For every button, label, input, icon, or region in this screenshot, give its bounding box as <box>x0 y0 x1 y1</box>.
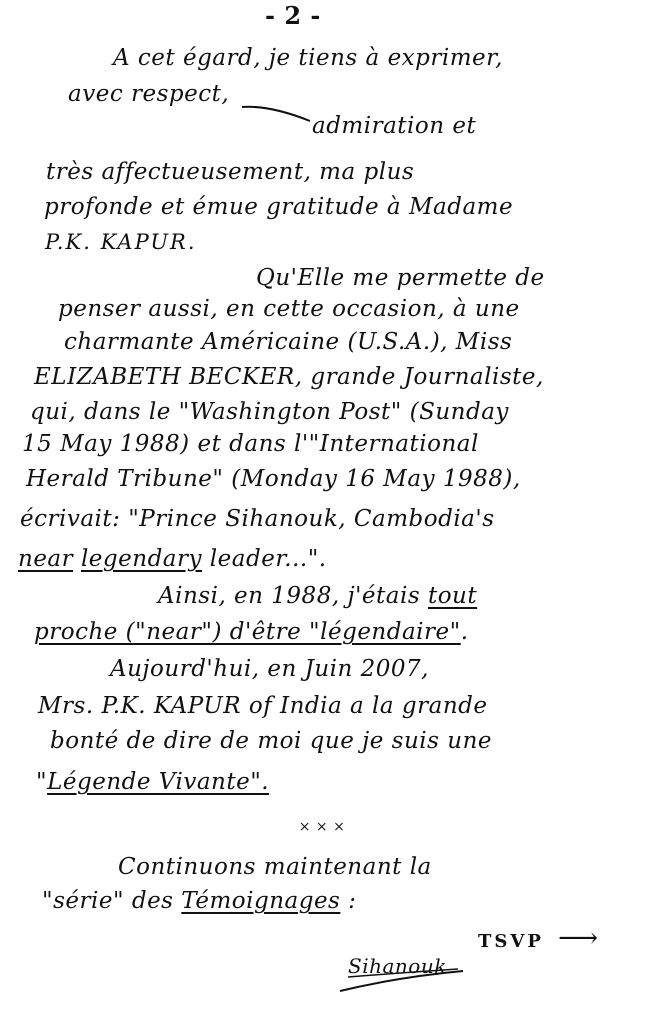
letter-line-13: Herald Tribune" (Monday 16 May 1988), <box>26 465 521 493</box>
letter-line-22: Continuons maintenant la <box>118 853 432 881</box>
underlined-word-near: near <box>18 546 73 572</box>
letter-line-23: "série" des Témoignages : <box>42 887 356 915</box>
letter-line-21: "Légende Vivante". <box>36 768 269 796</box>
underlined-word-temoignages: Témoignages <box>181 888 340 914</box>
letter-line-4: très affectueusement, ma plus <box>46 158 414 186</box>
letter-line-18: Aujourd'hui, en Juin 2007, <box>110 655 429 683</box>
letter-line-7: Qu'Elle me permette de <box>256 264 545 292</box>
underlined-word-legendary: legendary <box>81 546 202 572</box>
letter-line-14: écrivait: "Prince Sihanouk, Cambodia's <box>20 505 495 533</box>
letter-line-5: profonde et émue gratitude à Madame <box>44 193 513 221</box>
letter-line-12: 15 May 1988) et dans l'"International <box>22 430 479 458</box>
letter-line-19: Mrs. P.K. KAPUR of India a la grande <box>38 692 488 720</box>
signature-flourish <box>338 965 468 995</box>
underlined-phrase-legende-vivante: Légende Vivante". <box>47 769 269 795</box>
letter-line-11: qui, dans le "Washington Post" (Sunday <box>30 398 509 426</box>
letter-line-8: penser aussi, en cette occasion, à une <box>58 295 520 323</box>
letter-line-15: near legendary leader...". <box>18 545 327 573</box>
letter-line-3: admiration et <box>312 112 476 140</box>
arrow-right-icon: ⟶ <box>558 924 599 952</box>
letter-line-9: charmante Américaine (U.S.A.), Miss <box>64 328 512 356</box>
letter-line-1: A cet égard, je tiens à exprimer, <box>113 44 503 72</box>
asterism-ornament: × × × <box>297 820 347 834</box>
letter-line-6: P.K. KAPUR. <box>45 228 197 256</box>
connector-stroke <box>240 103 320 125</box>
letter-line-20: bonté de dire de moi que je suis une <box>50 727 492 755</box>
letter-line-10: ELIZABETH BECKER, grande Journaliste, <box>34 363 544 391</box>
page-number: - 2 - <box>265 2 321 30</box>
letter-line-17: proche ("near") d'être "légendaire". <box>34 618 469 646</box>
underlined-phrase-proche: proche ("near") d'être "légendaire" <box>34 619 461 645</box>
letter-line-2: avec respect, <box>68 80 229 108</box>
tsvp-label: TSVP <box>478 928 544 956</box>
handwritten-letter-page: - 2 - A cet égard, je tiens à exprimer, … <box>0 0 650 1010</box>
letter-line-16: Ainsi, en 1988, j'étais tout <box>158 582 477 610</box>
underlined-word-tout: tout <box>428 583 477 609</box>
